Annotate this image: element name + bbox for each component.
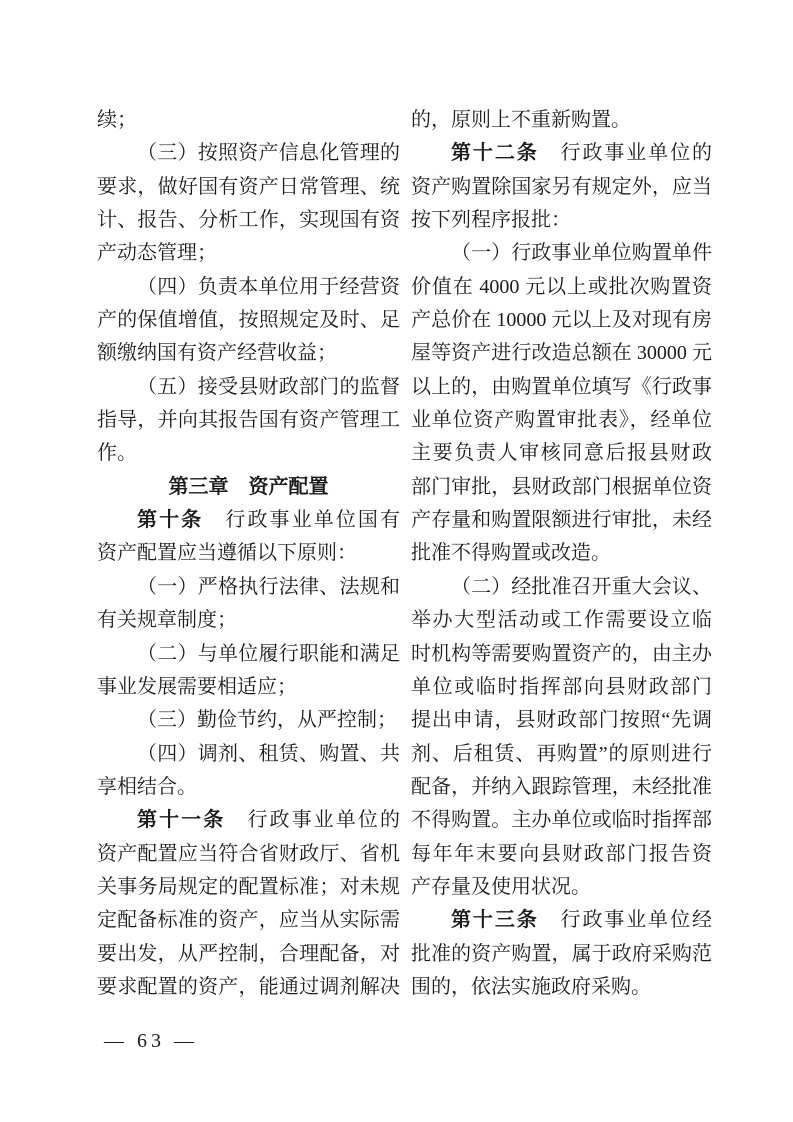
text-segment: 要求，做好国有资产日常管理、统	[97, 176, 400, 198]
page-number: — 63 —	[104, 1026, 198, 1056]
text-segment: 围的，依法实施政府采购。	[411, 976, 651, 998]
text-segment: 以上的，由购置单位填写《行政事	[411, 376, 712, 398]
text-segment: 指导，并向其报告国有资产管理工	[97, 409, 400, 431]
document-page: 续；（三）按照资产信息化管理的要求，做好国有资产日常管理、统计、报告、分析工作，…	[0, 0, 793, 1122]
text-line: 第十一条 行政事业单位的	[97, 804, 400, 837]
text-segment: 要出发，从严控制，合理配备，对	[97, 943, 400, 965]
text-segment: 价值在 4000 元以上或批次购置资	[411, 276, 712, 298]
text-segment: 行政事业单位的	[539, 142, 712, 164]
text-segment: 时机构等需要购置资产的，由主办	[411, 643, 712, 665]
text-line: 指导，并向其报告国有资产管理工	[97, 404, 400, 437]
text-segment: 作。	[97, 442, 137, 464]
text-line: 资产购置除国家另有规定外，应当	[411, 171, 712, 204]
right-column: 的，原则上不重新购置。第十二条 行政事业单位的资产购置除国家另有规定外，应当按下…	[411, 104, 712, 1004]
text-line: 资产配置应当遵循以下原则：	[97, 537, 400, 570]
text-line: 产总价在 10000 元以上及对现有房	[411, 304, 712, 337]
text-segment: 产存量和购置限额进行审批，未经	[411, 509, 712, 531]
text-segment: 计、报告、分析工作，实现国有资	[97, 209, 400, 231]
text-line: 每年年末要向县财政部门报告资	[411, 838, 712, 871]
text-segment: 资产配置应当符合省财政厅、省机	[97, 843, 400, 865]
text-segment: （一）行政事业单位购置单件	[451, 242, 712, 264]
text-segment: 续；	[97, 109, 137, 131]
text-line: 配备，并纳入跟踪管理，未经批准	[411, 771, 712, 804]
text-line: （四）负责本单位用于经营资	[97, 271, 400, 304]
text-line: （一）严格执行法律、法规和	[97, 571, 400, 604]
text-segment: （二）与单位履行职能和满足	[137, 643, 400, 665]
text-line: 以上的，由购置单位填写《行政事	[411, 371, 712, 404]
text-line: 业单位资产购置审批表》，经单位	[411, 404, 712, 437]
article-number: 第三章 资产配置	[169, 476, 329, 498]
text-segment: 提出申请，县财政部门按照“先调	[411, 709, 712, 731]
text-segment: 产总价在 10000 元以上及对现有房	[411, 309, 712, 331]
text-line: 产存量及使用状况。	[411, 871, 712, 904]
text-segment: 按下列程序报批：	[411, 209, 571, 231]
text-line: 部门审批，县财政部门根据单位资	[411, 471, 712, 504]
text-segment: （二）经批准召开重大会议、	[451, 576, 712, 598]
text-line: 额缴纳国有资产经营收益；	[97, 337, 400, 370]
text-segment: 不得购置。主办单位或临时指挥部	[411, 809, 712, 831]
text-segment: 行政事业单位的	[225, 809, 400, 831]
text-line: 价值在 4000 元以上或批次购置资	[411, 271, 712, 304]
text-segment: （三）按照资产信息化管理的	[137, 142, 400, 164]
text-segment: 产动态管理；	[97, 242, 217, 264]
text-line: 屋等资产进行改造总额在 30000 元	[411, 337, 712, 370]
text-segment: 单位或临时指挥部向县财政部门	[411, 676, 712, 698]
text-segment: 事业发展需要相适应；	[97, 676, 297, 698]
text-segment: 有关规章制度；	[97, 609, 237, 631]
text-segment: 定配备标准的资产，应当从实际需	[97, 909, 400, 931]
text-line: 不得购置。主办单位或临时指挥部	[411, 804, 712, 837]
text-line: 时机构等需要购置资产的，由主办	[411, 638, 712, 671]
text-line: 提出申请，县财政部门按照“先调	[411, 704, 712, 737]
article-number: 第十一条	[137, 809, 225, 831]
text-line: 产存量和购置限额进行审批，未经	[411, 504, 712, 537]
text-line: 产动态管理；	[97, 237, 400, 270]
text-line: （二）与单位履行职能和满足	[97, 638, 400, 671]
text-line: 举办大型活动或工作需要设立临	[411, 604, 712, 637]
text-segment: （四）调剂、租赁、购置、共	[137, 743, 400, 765]
article-number: 第十三条	[451, 909, 539, 931]
text-line: 按下列程序报批：	[411, 204, 712, 237]
text-segment: 主要负责人审核同意后报县财政	[411, 442, 712, 464]
text-segment: （五）接受县财政部门的监督	[137, 376, 400, 398]
text-segment: 要求配置的资产，能通过调剂解决	[97, 976, 400, 998]
text-line: 续；	[97, 104, 400, 137]
text-line: 第十三条 行政事业单位经	[411, 904, 712, 937]
text-line: 的，原则上不重新购置。	[411, 104, 712, 137]
text-segment: 资产配置应当遵循以下原则：	[97, 542, 357, 564]
text-line: （五）接受县财政部门的监督	[97, 371, 400, 404]
text-line: 有关规章制度；	[97, 604, 400, 637]
text-line: 要求，做好国有资产日常管理、统	[97, 171, 400, 204]
text-line: 计、报告、分析工作，实现国有资	[97, 204, 400, 237]
text-segment: （四）负责本单位用于经营资	[137, 276, 400, 298]
text-line: （四）调剂、租赁、购置、共	[97, 738, 400, 771]
text-line: 资产配置应当符合省财政厅、省机	[97, 838, 400, 871]
page-number-text: — 63 —	[104, 1030, 198, 1052]
text-segment: （三）勤俭节约，从严控制；	[137, 709, 397, 731]
text-line: 第十条 行政事业单位国有	[97, 504, 400, 537]
text-line: 批准的资产购置，属于政府采购范	[411, 938, 712, 971]
text-segment: 剂、后租赁、再购置”的原则进行	[411, 743, 712, 765]
text-segment: 享相结合。	[97, 776, 197, 798]
text-line: 单位或临时指挥部向县财政部门	[411, 671, 712, 704]
text-line: （三）按照资产信息化管理的	[97, 137, 400, 170]
text-segment: 行政事业单位国有	[203, 509, 400, 531]
text-segment: 批准不得购置或改造。	[411, 542, 611, 564]
text-segment: 资产购置除国家另有规定外，应当	[411, 176, 712, 198]
left-column: 续；（三）按照资产信息化管理的要求，做好国有资产日常管理、统计、报告、分析工作，…	[97, 104, 400, 1004]
text-segment: 额缴纳国有资产经营收益；	[97, 342, 337, 364]
text-segment: 举办大型活动或工作需要设立临	[411, 609, 712, 631]
text-line: 作。	[97, 437, 400, 470]
text-segment: 关事务局规定的配置标准；对未规	[97, 876, 400, 898]
text-line: 剂、后租赁、再购置”的原则进行	[411, 738, 712, 771]
text-line: 事业发展需要相适应；	[97, 671, 400, 704]
text-segment: 批准的资产购置，属于政府采购范	[411, 943, 712, 965]
text-line: 围的，依法实施政府采购。	[411, 971, 712, 1004]
text-line: 享相结合。	[97, 771, 400, 804]
text-line: 关事务局规定的配置标准；对未规	[97, 871, 400, 904]
text-line: 主要负责人审核同意后报县财政	[411, 437, 712, 470]
text-segment: 产存量及使用状况。	[411, 876, 591, 898]
text-line: 要出发，从严控制，合理配备，对	[97, 938, 400, 971]
text-line: 定配备标准的资产，应当从实际需	[97, 904, 400, 937]
text-line: 批准不得购置或改造。	[411, 537, 712, 570]
article-number: 第十二条	[451, 142, 539, 164]
text-line: （二）经批准召开重大会议、	[411, 571, 712, 604]
text-line: （三）勤俭节约，从严控制；	[97, 704, 400, 737]
article-number: 第十条	[137, 509, 203, 531]
text-line: 第十二条 行政事业单位的	[411, 137, 712, 170]
text-segment: 业单位资产购置审批表》，经单位	[411, 409, 712, 431]
text-segment: 配备，并纳入跟踪管理，未经批准	[411, 776, 712, 798]
text-line: 要求配置的资产，能通过调剂解决	[97, 971, 400, 1004]
text-segment: 每年年末要向县财政部门报告资	[411, 843, 712, 865]
text-line: （一）行政事业单位购置单件	[411, 237, 712, 270]
text-segment: 部门审批，县财政部门根据单位资	[411, 476, 712, 498]
text-line: 产的保值增值，按照规定及时、足	[97, 304, 400, 337]
text-segment: 行政事业单位经	[539, 909, 712, 931]
text-segment: （一）严格执行法律、法规和	[137, 576, 400, 598]
text-segment: 的，原则上不重新购置。	[411, 109, 631, 131]
text-segment: 产的保值增值，按照规定及时、足	[97, 309, 400, 331]
chapter-heading: 第三章 资产配置	[97, 471, 400, 504]
text-segment: 屋等资产进行改造总额在 30000 元	[411, 342, 712, 364]
